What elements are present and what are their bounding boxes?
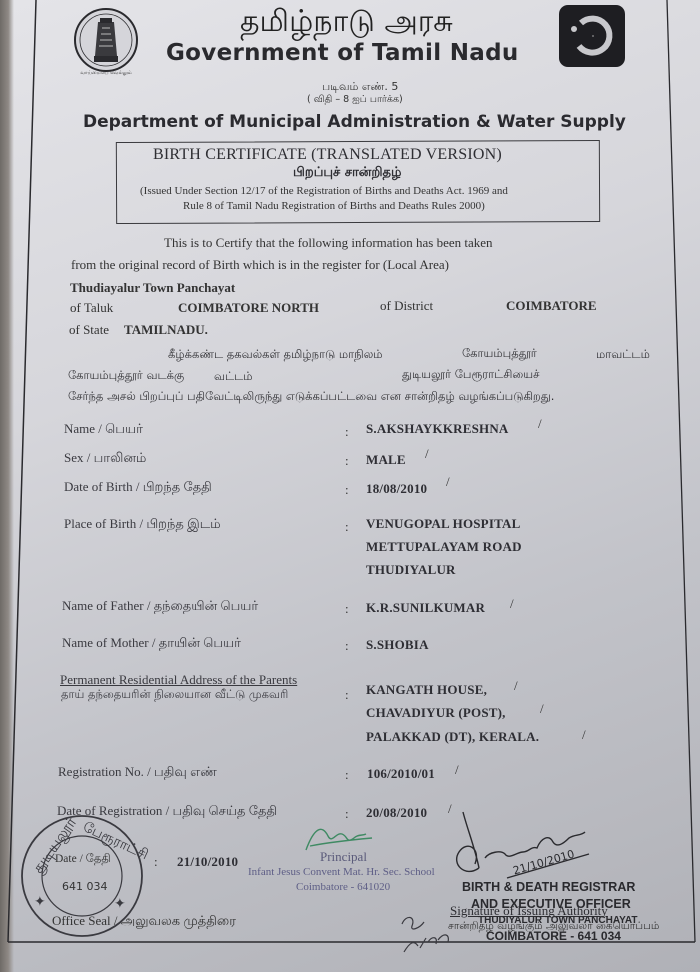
name-value: S.AKSHAYKKRESHNA <box>366 421 509 437</box>
sex-value: MALE <box>366 452 406 468</box>
tamil-certify-line1c: மாவட்டம் <box>596 347 650 363</box>
svg-text:✦: ✦ <box>34 895 46 910</box>
place-value-line3: THUDIYALUR <box>366 562 456 578</box>
form-number: படிவம் எண். 5 <box>322 80 398 95</box>
check-mark-icon: / <box>510 596 514 612</box>
district-label: of District <box>380 298 433 314</box>
check-mark-icon: / <box>538 416 542 432</box>
mother-colon: : <box>345 638 349 654</box>
state-value: TAMILNADU. <box>124 322 208 338</box>
taluk-label: of Taluk <box>70 300 113 316</box>
name-label: Name / பெயர் <box>64 421 143 438</box>
seal-pin-code: 641 034 <box>62 880 108 893</box>
check-mark-icon: / <box>514 678 518 694</box>
registrar-title-line1: BIRTH & DEATH REGISTRAR <box>462 880 635 894</box>
form-rule: ( விதி – 8 ஐப் பார்க்க) <box>307 94 403 106</box>
issue-date-label: Date / தேதி <box>55 853 111 867</box>
address-value-line1: KANGATH HOUSE, <box>366 682 487 698</box>
tamil-nadu-emblem-icon: வாய்மையே வெல்லும் <box>72 6 140 78</box>
reg-no-value: 106/2010/01 <box>367 766 435 782</box>
check-mark-icon: / <box>540 701 544 717</box>
tamil-certify-line1a: கீழ்க்கண்ட தகவல்கள் தமிழ்நாடு மாநிலம் <box>168 347 383 363</box>
check-mark-icon: / <box>425 446 429 462</box>
school-name: Infant Jesus Convent Mat. Hr. Sec. Schoo… <box>248 866 435 878</box>
place-value-line2: METTUPALAYAM ROAD <box>366 539 522 555</box>
certificate-title-tamil: பிறப்புச் சான்றிதழ் <box>293 165 402 181</box>
tamil-certify-line2a: கோயம்புத்தூர் வடக்கு <box>68 368 184 384</box>
title-english: Government of Tamil Nadu <box>166 40 519 66</box>
principal-title: Principal <box>320 849 367 865</box>
svg-text:✦: ✦ <box>114 897 126 912</box>
certificate-title: BIRTH CERTIFICATE (TRANSLATED VERSION) <box>153 146 502 164</box>
reg-no-colon: : <box>345 767 349 783</box>
father-colon: : <box>345 601 349 617</box>
tamil-certify-line2b: வட்டம் <box>214 369 253 385</box>
taluk-value: COIMBATORE NORTH <box>178 300 319 316</box>
father-label: Name of Father / தந்தையின் பெயர் <box>62 598 258 615</box>
name-colon: : <box>345 424 349 440</box>
registrar-signature-icon <box>445 808 645 886</box>
dob-colon: : <box>345 482 349 498</box>
check-mark-icon: / <box>455 762 459 778</box>
handwritten-initials-icon <box>398 912 454 958</box>
mother-value: S.SHOBIA <box>366 637 429 653</box>
place-value-line1: VENUGOPAL HOSPITAL <box>366 516 520 532</box>
registrar-city: COIMBATORE - 641 034 <box>486 929 621 943</box>
certificate-note-line2: Rule 8 of Tamil Nadu Registration of Bir… <box>183 200 485 212</box>
office-seal-label: Office Seal / அலுவலக முத்திரை <box>52 913 236 930</box>
svg-text:துடியலூர்: துடியலூர் <box>30 815 81 877</box>
paper-edge-shadow <box>0 0 14 972</box>
local-area: Thudiayalur Town Panchayat <box>70 280 235 296</box>
address-label: Permanent Residential Address of the Par… <box>60 672 297 688</box>
check-mark-icon: / <box>446 474 450 490</box>
district-value: COIMBATORE <box>506 298 597 314</box>
egovernance-logo-icon <box>557 3 627 69</box>
address-value-line3: PALAKKAD (DT), KERALA. <box>366 729 539 745</box>
certify-line2: from the original record of Birth which … <box>71 257 449 273</box>
father-value: K.R.SUNILKUMAR <box>366 600 485 616</box>
title-tamil: தமிழ்நாடு அரசு <box>240 4 453 43</box>
place-colon: : <box>345 519 349 535</box>
certify-line1: This is to Certify that the following in… <box>164 235 493 251</box>
department-title: Department of Municipal Administration &… <box>83 112 626 132</box>
tamil-certify-line3: சேர்ந்த அசல் பிறப்புப் பதிவேட்டிலிருந்து… <box>68 389 554 405</box>
sex-colon: : <box>345 453 349 469</box>
state-label: of State <box>69 322 109 338</box>
dob-value: 18/08/2010 <box>366 481 427 497</box>
issue-date-value: 21/10/2010 <box>177 854 238 870</box>
issue-date-colon: : <box>154 854 158 870</box>
mother-label: Name of Mother / தாயின் பெயர் <box>62 635 241 652</box>
place-label: Place of Birth / பிறந்த இடம் <box>64 516 221 533</box>
tamil-certify-line2c: துடியலூர் பேரூராட்சியைச் <box>402 367 539 383</box>
school-city: Coimbatore - 641020 <box>296 881 390 893</box>
address-value-line2: CHAVADIYUR (POST), <box>366 705 506 721</box>
dob-label: Date of Birth / பிறந்த தேதி <box>64 479 212 496</box>
svg-text:வாய்மையே வெல்லும்: வாய்மையே வெல்லும் <box>80 70 132 76</box>
sex-label: Sex / பாலினம் <box>64 450 146 467</box>
tamil-certify-line1b: கோயம்புத்தூர் <box>462 346 537 362</box>
reg-no-label: Registration No. / பதிவு எண் <box>58 764 217 781</box>
certificate-note-line1: (Issued Under Section 12/17 of the Regis… <box>140 185 508 197</box>
address-colon: : <box>345 687 349 703</box>
address-label-tamil: தாய் தந்தையரின் நிலையான வீட்டு முகவரி <box>61 687 288 703</box>
check-mark-icon: / <box>582 727 586 743</box>
